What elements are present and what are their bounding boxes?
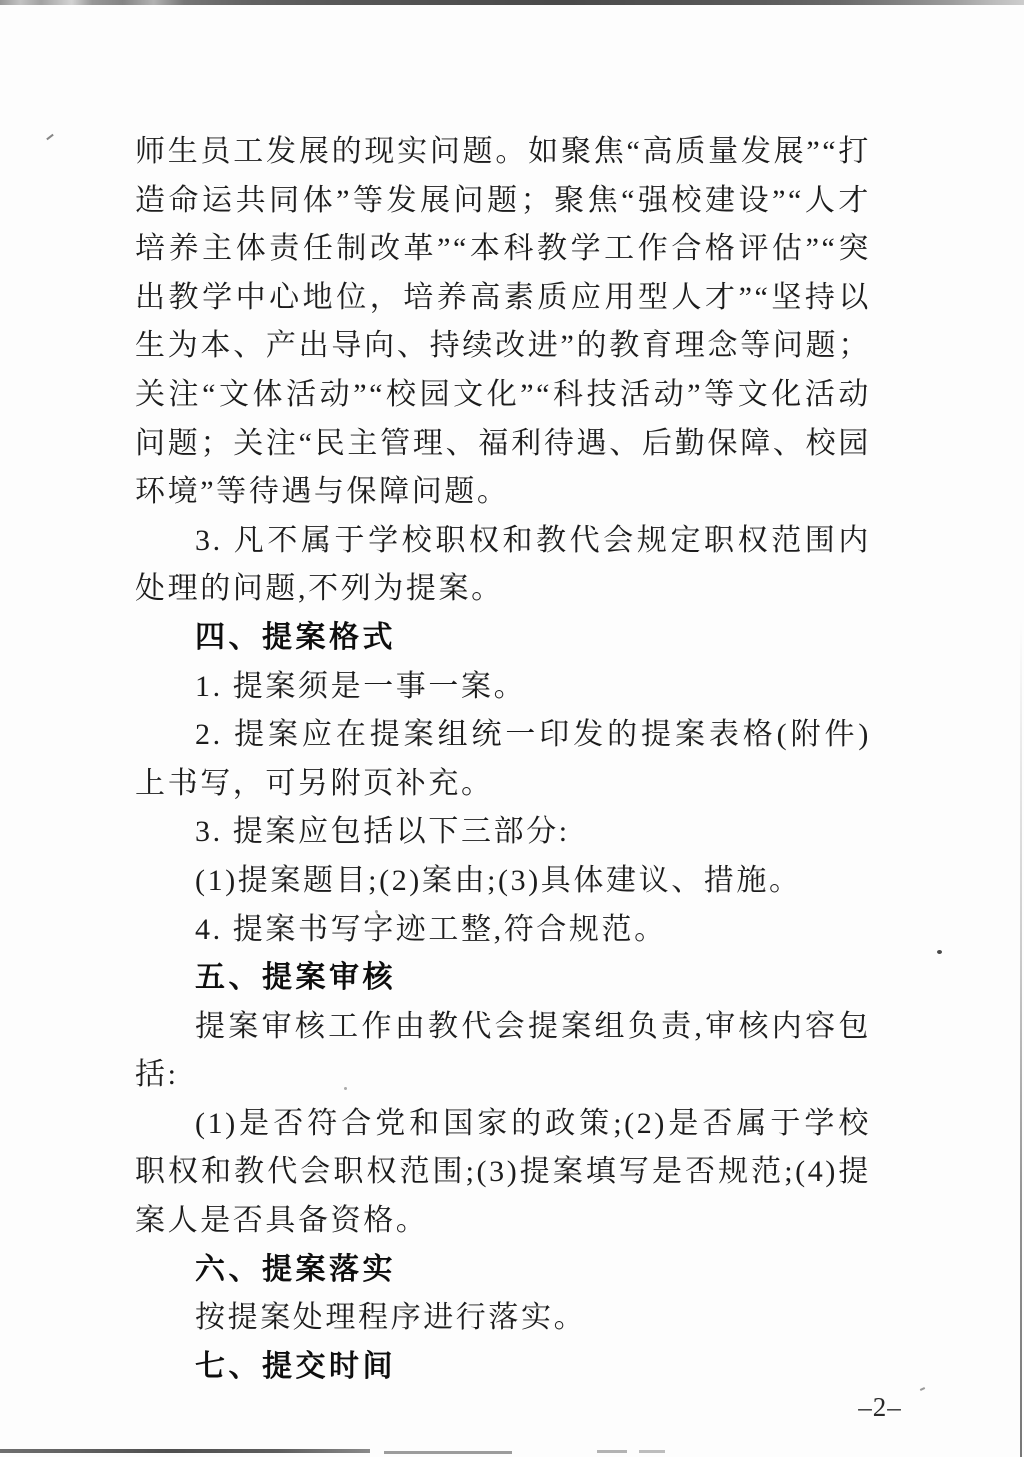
scan-artifact-right-edge-line bbox=[1020, 620, 1022, 1457]
paragraph: 按提案处理程序进行落实。 bbox=[135, 1294, 871, 1343]
document-body: 师生员工发展的现实问题。如聚焦“高质量发展”“打造命运共同体”等发展问题；聚焦“… bbox=[135, 128, 871, 1391]
scan-artifact-speck bbox=[937, 950, 942, 954]
section-heading-5: 五、提案审核 bbox=[135, 954, 871, 1003]
section-heading-6: 六、提案落实 bbox=[135, 1246, 871, 1295]
scan-artifact-bottom-streak bbox=[597, 1450, 627, 1453]
paragraph: 4. 提案书写字迹工整,符合规范。 bbox=[135, 906, 871, 955]
paragraph: (1)提案题目;(2)案由;(3)具体建议、措施。 bbox=[135, 857, 871, 906]
scan-artifact-bottom-streak bbox=[384, 1451, 512, 1454]
paragraph: 2. 提案应在提案组统一印发的提案表格(附件)上书写，可另附页补充。 bbox=[135, 711, 871, 808]
scan-artifact-speck bbox=[920, 1387, 925, 1391]
paragraph-continuation: 师生员工发展的现实问题。如聚焦“高质量发展”“打造命运共同体”等发展问题；聚焦“… bbox=[135, 128, 871, 517]
scan-artifact-speck bbox=[46, 134, 54, 141]
paragraph: 提案审核工作由教代会提案组负责,审核内容包括: bbox=[135, 1003, 871, 1100]
paragraph: 3. 凡不属于学校职权和教代会规定职权范围内处理的问题,不列为提案。 bbox=[135, 517, 871, 614]
scan-artifact-bottom-streak bbox=[639, 1450, 665, 1453]
scanned-document-page: 师生员工发展的现实问题。如聚焦“高质量发展”“打造命运共同体”等发展问题；聚焦“… bbox=[0, 0, 1024, 1457]
page-number: –2– bbox=[836, 1392, 924, 1423]
paragraph: (1)是否符合党和国家的政策;(2)是否属于学校职权和教代会职权范围;(3)提案… bbox=[135, 1100, 871, 1246]
paragraph: 1. 提案须是一事一案。 bbox=[135, 663, 871, 712]
section-heading-4: 四、提案格式 bbox=[135, 614, 871, 663]
scan-artifact-top-edge bbox=[0, 0, 1024, 5]
section-heading-7: 七、提交时间 bbox=[135, 1343, 871, 1392]
scan-artifact-bottom-streak bbox=[0, 1449, 370, 1453]
paragraph: 3. 提案应包括以下三部分: bbox=[135, 808, 871, 857]
